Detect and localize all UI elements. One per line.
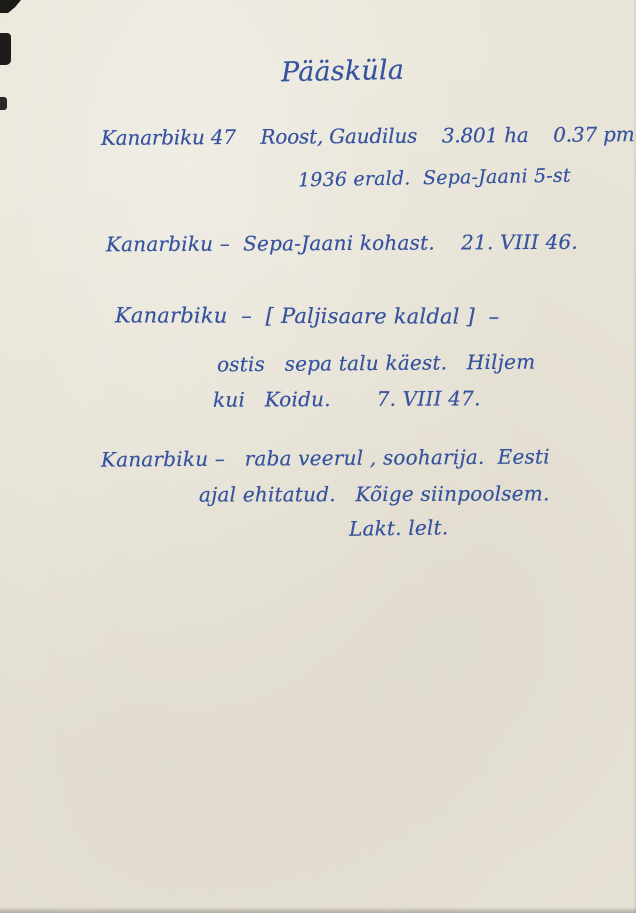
handwritten-line-entry-3: Kanarbiku – [ Paljisaare kaldal ] – [115,303,499,328]
handwritten-line-entry-3-cont-2: kui Koidu. 7. VIII 47. [213,386,481,411]
page-title: Pääsküla [281,55,405,89]
handwritten-line-entry-4-cont-1: ajal ehitatud. Kõige siinpoolsem. [199,481,550,506]
handwritten-line-entry-4: Kanarbiku – raba veerul , sooharija. Ees… [101,444,550,471]
handwritten-line-entry-2: Kanarbiku – Sepa-Jaani kohast. 21. VIII … [106,230,578,256]
scan-artifact-left-edge-2 [0,97,7,110]
handwritten-line-property-header: Kanarbiku 47 Roost, Gaudilus 3.801 ha 0.… [101,122,636,150]
scan-artifact-top-left-corner [0,0,21,13]
handwritten-line-origin-note: 1936 erald. Sepa-Jaani 5-st [298,165,571,192]
scan-artifact-left-edge-1 [0,33,11,65]
scan-shadow-bottom-edge [0,907,636,913]
handwritten-line-entry-3-cont-1: ostis sepa talu käest. Hiljem [217,350,536,377]
scanned-paper-page: Pääsküla Kanarbiku 47 Roost, Gaudilus 3.… [0,0,636,913]
handwritten-line-entry-4-signoff: Lakt. lelt. [349,515,449,540]
